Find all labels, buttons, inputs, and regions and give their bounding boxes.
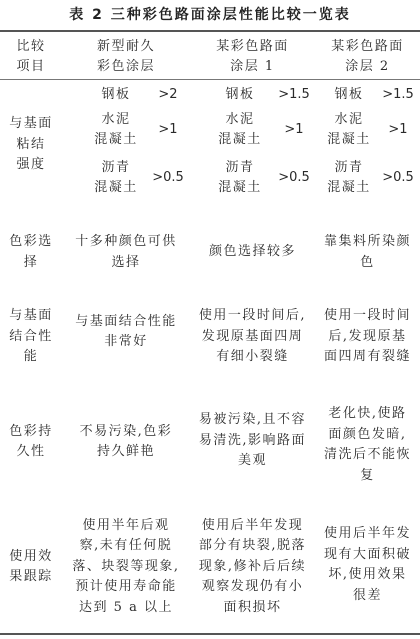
header-rule [0, 79, 420, 80]
value-steel-col2: >1.5 [272, 84, 316, 106]
cell-color-choice-col1: 十多种颜色可供选择 [62, 225, 190, 280]
row-label-color-choice: 色彩选择 [0, 225, 62, 280]
cell-color-choice-col2: 颜色选择较多 [190, 225, 315, 280]
material-asphalt-concrete: 沥青混凝土 [320, 156, 378, 200]
material-steel: 钢板 [206, 84, 274, 106]
header-col-new-coating: 新型耐久彩色涂层 [62, 36, 190, 78]
cell-usage-tracking-col2: 使用后半年发现部分有块裂,脱落现象,修补后后续观察发现仍有小面积损坏 [190, 512, 315, 622]
cell-bond-performance-col1: 与基面结合性能非常好 [62, 302, 190, 362]
material-asphalt-concrete: 沥青混凝土 [82, 156, 150, 200]
material-steel: 钢板 [82, 84, 150, 106]
bottom-rule [0, 633, 420, 635]
cell-usage-tracking-col3: 使用后半年发现有大面积破坏,使用效果很差 [315, 518, 420, 612]
material-cement-concrete: 水泥混凝土 [82, 108, 150, 152]
cell-usage-tracking-col1: 使用半年后观察,未有任何脱落、块裂等现象,预计使用寿命能达到 5 a 以上 [62, 512, 190, 622]
value-steel-col3: >1.5 [376, 84, 420, 106]
row-label-usage-tracking: 使用效果跟踪 [0, 512, 62, 622]
value-cement-col3: >1 [376, 108, 420, 152]
material-cement-concrete: 水泥混凝土 [206, 108, 274, 152]
cell-color-choice-col3: 靠集料所染颜色 [315, 225, 420, 280]
row-label-color-durability: 色彩持久性 [0, 410, 62, 474]
value-cement-col2: >1 [272, 108, 316, 152]
header-col-coating-1: 某彩色路面涂层 1 [190, 36, 315, 78]
value-cement-col1: >1 [148, 108, 188, 152]
value-steel-col1: >2 [148, 84, 188, 106]
cell-bond-performance-col2: 使用一段时间后,发现原基面四周有细小裂缝 [190, 302, 315, 372]
cell-color-durability-col3: 老化快,使路面颜色发暗,清洗后不能恢复 [315, 398, 420, 492]
header-item: 比较项目 [0, 36, 62, 78]
value-asphalt-col1: >0.5 [144, 156, 192, 200]
table-caption: 表 2 三种彩色路面涂层性能比较一览表 [0, 4, 420, 24]
header-col-coating-2: 某彩色路面涂层 2 [315, 36, 420, 78]
value-asphalt-col2: >0.5 [272, 156, 316, 200]
value-asphalt-col3: >0.5 [376, 156, 420, 200]
material-steel: 钢板 [320, 84, 378, 106]
material-cement-concrete: 水泥混凝土 [320, 108, 378, 152]
top-rule [0, 30, 420, 32]
material-asphalt-concrete: 沥青混凝土 [206, 156, 274, 200]
cell-color-durability-col1: 不易污染,色彩持久鲜艳 [62, 410, 190, 474]
row-label-bond-strength: 与基面粘结强度 [0, 82, 62, 208]
cell-bond-performance-col3: 使用一段时间后,发现原基面四周有裂缝 [315, 302, 420, 372]
cell-color-durability-col2: 易被污染,且不容易清洗,影响路面美观 [190, 406, 315, 476]
row-label-bond-performance: 与基面结合性能 [0, 302, 62, 372]
